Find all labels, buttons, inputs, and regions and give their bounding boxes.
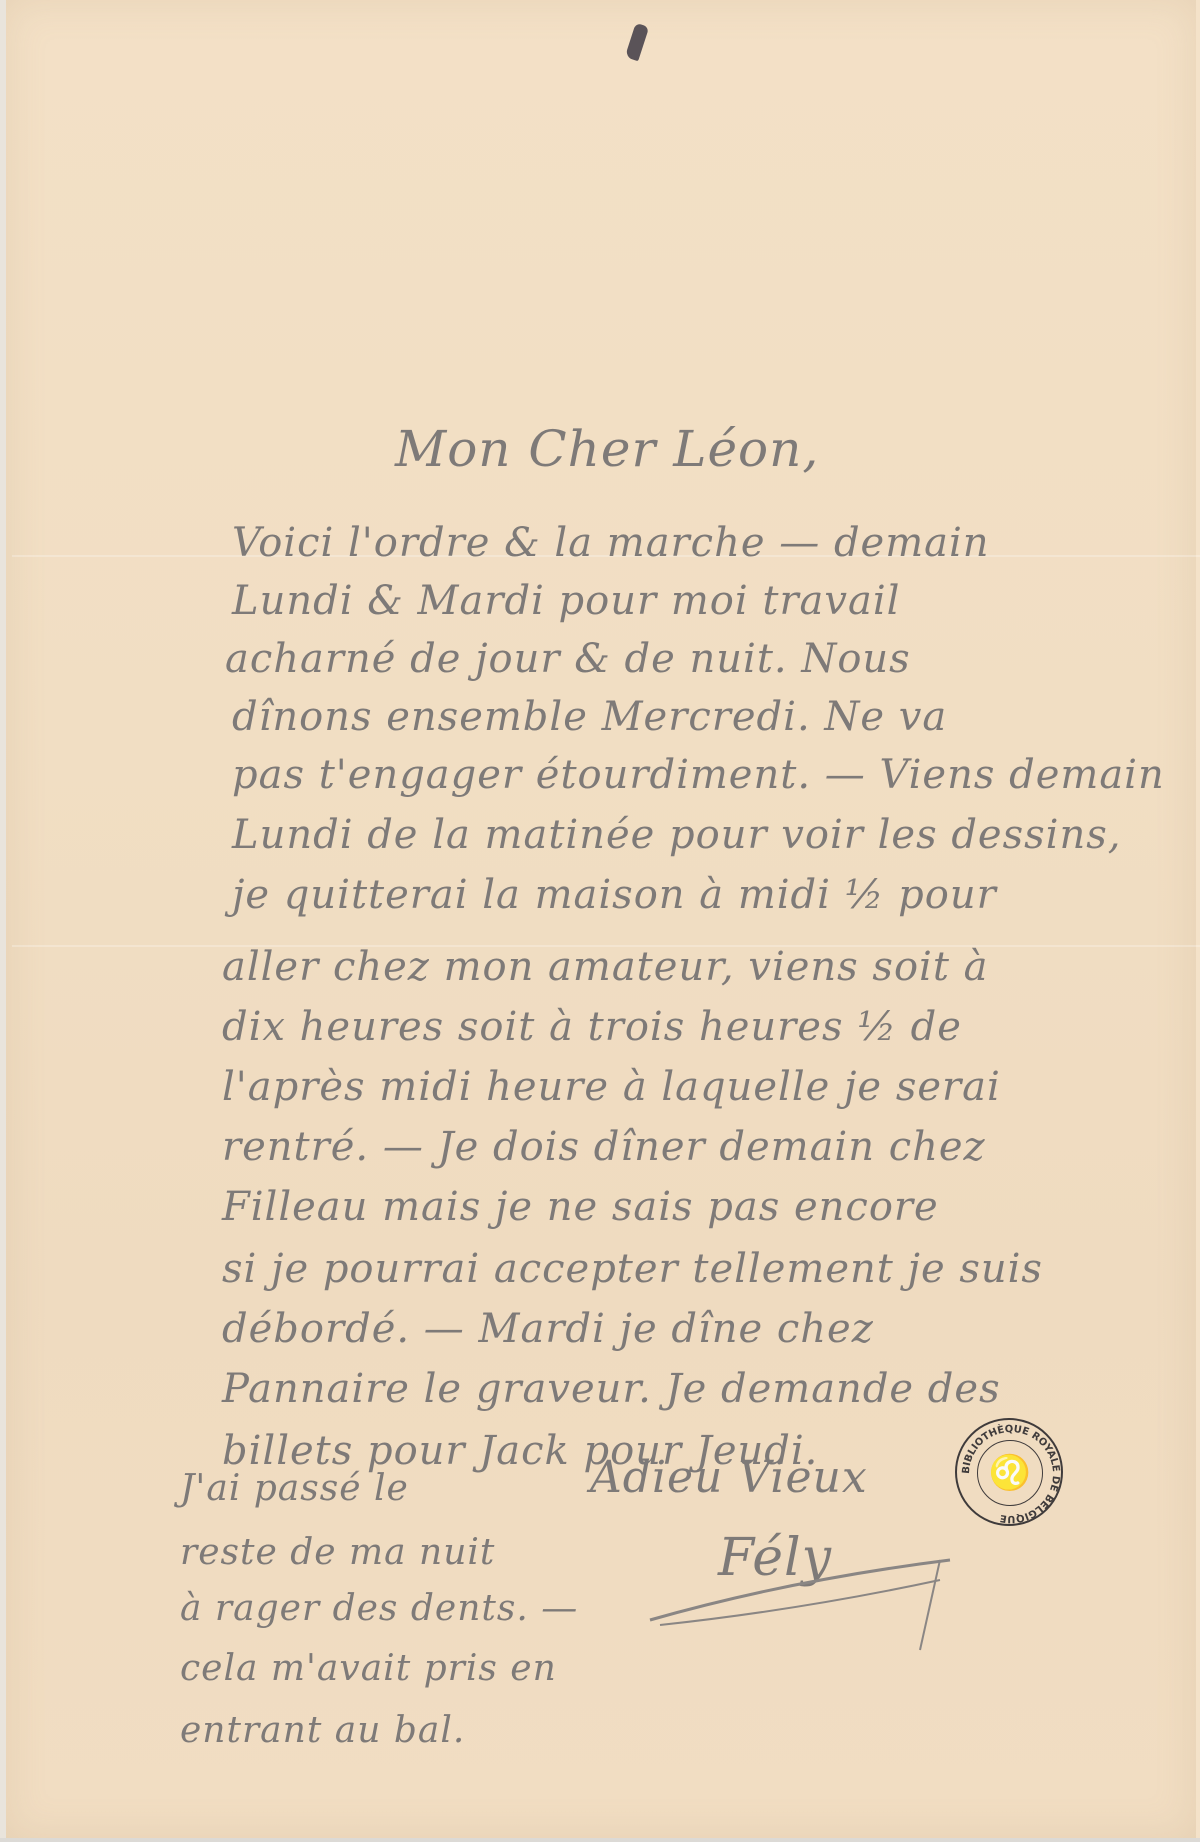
body-line: Lundi & Mardi pour moi travail bbox=[232, 578, 900, 624]
body-line: l'après midi heure à laquelle je serai bbox=[222, 1064, 1001, 1110]
postscript-line: entrant au bal. bbox=[180, 1710, 465, 1751]
postscript-line: cela m'avait pris en bbox=[180, 1648, 557, 1689]
library-stamp: BIBLIOTHÈQUE ROYALE DE BELGIQUE ♌ bbox=[955, 1418, 1063, 1526]
signature-flourish-icon bbox=[640, 1540, 960, 1660]
closing: Adieu Vieux bbox=[590, 1452, 868, 1503]
body-line: je quitterai la maison à midi ½ pour bbox=[232, 872, 997, 918]
body-line: pas t'engager étourdiment. — Viens demai… bbox=[232, 752, 1165, 798]
salutation: Mon Cher Léon, bbox=[395, 420, 819, 478]
postscript-line: reste de ma nuit bbox=[180, 1532, 495, 1573]
lion-icon: ♌ bbox=[977, 1440, 1043, 1506]
body-line: Lundi de la matinée pour voir les dessin… bbox=[232, 812, 1121, 858]
postscript-line: à rager des dents. — bbox=[180, 1588, 578, 1629]
body-line: Voici l'ordre & la marche — demain bbox=[232, 520, 990, 566]
body-line: dînons ensemble Mercredi. Ne va bbox=[232, 694, 947, 740]
scan-edge-bottom bbox=[0, 1838, 1200, 1842]
body-line: débordé. — Mardi je dîne chez bbox=[222, 1306, 874, 1352]
postscript-line: J'ai passé le bbox=[180, 1468, 409, 1509]
body-line: si je pourrai accepter tellement je suis bbox=[222, 1246, 1043, 1292]
body-line: Pannaire le graveur. Je demande des bbox=[222, 1366, 1001, 1412]
body-line: acharné de jour & de nuit. Nous bbox=[225, 636, 911, 682]
body-line: aller chez mon amateur, viens soit à bbox=[222, 944, 988, 990]
body-line: rentré. — Je dois dîner demain chez bbox=[222, 1124, 986, 1170]
body-line: dix heures soit à trois heures ½ de bbox=[222, 1004, 962, 1050]
body-line: Filleau mais je ne sais pas encore bbox=[222, 1184, 939, 1230]
